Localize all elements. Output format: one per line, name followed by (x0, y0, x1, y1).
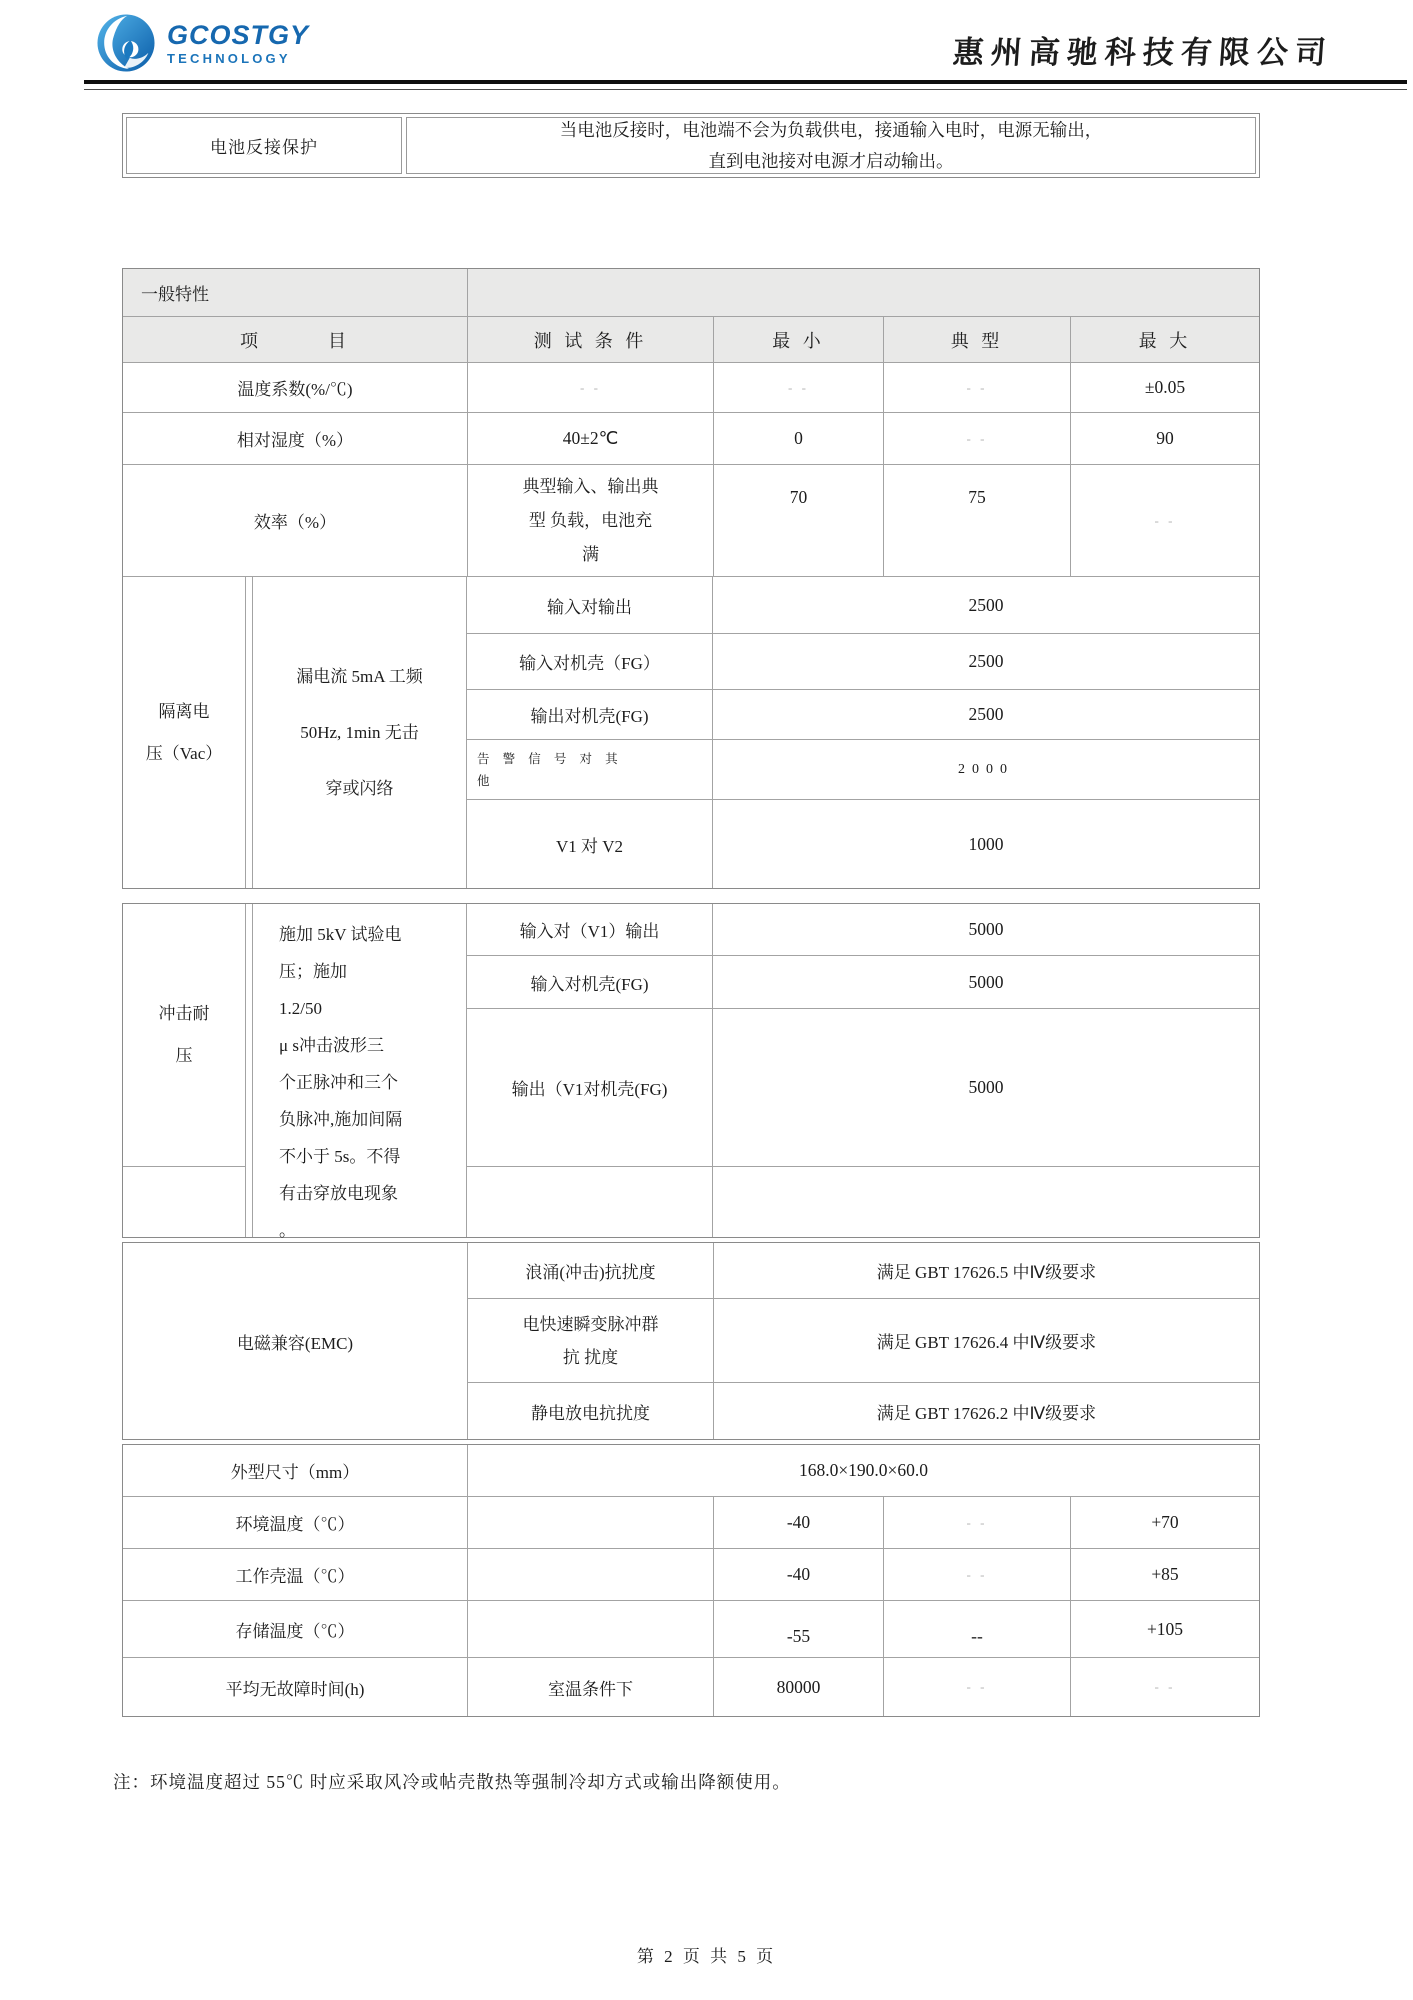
row-min: 80000 (714, 1658, 884, 1716)
row-max: +105 (1071, 1601, 1259, 1657)
row-max: 90 (1071, 413, 1259, 464)
surge-row: 输入对（V1）输出 5000 (467, 904, 1259, 956)
emc-row-value: 满足 GBT 17626.5 中Ⅳ级要求 (714, 1243, 1259, 1298)
surge-row: 输入对机壳(FG) 5000 (467, 956, 1259, 1009)
surge-label: 冲击耐 压 (123, 904, 245, 1167)
isolation-row-value: 1000 (713, 800, 1259, 888)
row-typical: 75 (884, 465, 1071, 576)
surge-condition: 施加 5kV 试验电 压；施加 1.2/50 μ s冲击波形三 个正脉冲和三个 … (252, 904, 467, 1237)
row-item: 温度系数(%/℃) (123, 363, 468, 412)
row-item: 外型尺寸（mm） (123, 1445, 468, 1496)
surge-row-value: 5000 (713, 1009, 1259, 1166)
section-title: 一般特性 (123, 269, 468, 316)
emc-row-name: 浪涌(冲击)抗扰度 (468, 1243, 714, 1298)
emc-row: 电快速瞬变脉冲群 抗 扰度 满足 GBT 17626.4 中Ⅳ级要求 (468, 1299, 1259, 1383)
surge-row-name: 输入对机壳(FG) (467, 956, 713, 1008)
row-max: +70 (1071, 1497, 1259, 1548)
row-condition: - - (468, 363, 714, 412)
emc-row-value: 满足 GBT 17626.4 中Ⅳ级要求 (714, 1299, 1259, 1382)
isolation-row-value: 2000 (713, 740, 1259, 799)
emc-label: 电磁兼容(EMC) (123, 1243, 468, 1439)
isolation-subrows: 输入对输出 2500 输入对机壳（FG） 2500 输出对机壳(FG) 2500… (467, 577, 1259, 888)
isolation-row: V1 对 V2 1000 (467, 800, 1259, 888)
row-typical: - - (884, 363, 1071, 412)
col-header-typical: 典 型 (884, 317, 1071, 362)
section-title-row: 一般特性 (123, 269, 1259, 317)
row-typical: - - (884, 1497, 1071, 1548)
surge-row-name: 输出（V1对机壳(FG) (467, 1009, 713, 1166)
row-typical: - - (884, 1549, 1071, 1600)
isolation-row-value: 2500 (713, 634, 1259, 689)
brand-subtitle: TECHNOLOGY (167, 52, 309, 65)
header-divider (84, 80, 1407, 90)
row-item: 工作壳温（℃） (123, 1549, 468, 1600)
row-min: -40 (714, 1497, 884, 1548)
table-row-dimensions: 外型尺寸（mm） 168.0×190.0×60.0 (123, 1445, 1259, 1497)
row-typical: -- (884, 1601, 1071, 1657)
emc-row: 静电放电抗扰度 满足 GBT 17626.2 中Ⅳ级要求 (468, 1383, 1259, 1439)
row-min: 70 (714, 465, 884, 576)
emc-subrows: 浪涌(冲击)抗扰度 满足 GBT 17626.5 中Ⅳ级要求 电快速瞬变脉冲群 … (468, 1243, 1259, 1439)
row-min: -40 (714, 1549, 884, 1600)
isolation-row: 输入对输出 2500 (467, 577, 1259, 634)
row-condition: 室温条件下 (468, 1658, 714, 1716)
protection-table: 电池反接保护 当电池反接时，电池端不会为负载供电，接通输入电时，电源无输出， 直… (122, 113, 1260, 178)
company-name: 惠州高驰科技有限公司 (951, 27, 1334, 74)
surge-label-empty-cell (123, 1167, 245, 1237)
table-row-case-temp: 工作壳温（℃） -40 - - +85 (123, 1549, 1259, 1601)
row-item: 平均无故障时间(h) (123, 1658, 468, 1716)
row-typical: - - (884, 1658, 1071, 1716)
page-number: 第 2 页 共 5 页 (0, 1942, 1413, 1967)
row-item: 环境温度（℃） (123, 1497, 468, 1548)
protection-description: 当电池反接时，电池端不会为负载供电，接通输入电时，电源无输出， 直到电池接对电源… (406, 117, 1256, 174)
surge-row-value: 5000 (713, 956, 1259, 1008)
column-header-row: 项 目 测 试 条 件 最 小 典 型 最 大 (123, 317, 1259, 363)
emc-row-value: 满足 GBT 17626.2 中Ⅳ级要求 (714, 1383, 1259, 1439)
isolation-row-value: 2500 (713, 690, 1259, 739)
col-header-min: 最 小 (714, 317, 884, 362)
emc-row-name: 静电放电抗扰度 (468, 1383, 714, 1439)
brand-name: GCOSTGY (167, 22, 309, 49)
page-header: GCOSTGY TECHNOLOGY 惠州高驰科技有限公司 (0, 0, 1413, 74)
table-row-ambient-temp: 环境温度（℃） -40 - - +70 (123, 1497, 1259, 1549)
surge-continuation-name-cell (467, 1167, 713, 1237)
col-header-condition: 测 试 条 件 (468, 317, 714, 362)
row-min: -55 (714, 1601, 884, 1657)
row-max: - - (1071, 1658, 1259, 1716)
spec-table-bottom: 外型尺寸（mm） 168.0×190.0×60.0 环境温度（℃） -40 - … (122, 1444, 1260, 1717)
isolation-row-alarm: 告 警 信 号 对 其 他 2000 (467, 740, 1259, 800)
col-header-max: 最 大 (1071, 317, 1259, 362)
row-condition (468, 1549, 714, 1600)
isolation-row-name: 输出对机壳(FG) (467, 690, 713, 739)
surge-row-name: 输入对（V1）输出 (467, 904, 713, 955)
document-page: GCOSTGY TECHNOLOGY 惠州高驰科技有限公司 电池反接保护 当电池… (0, 0, 1413, 2000)
row-typical: - - (884, 413, 1071, 464)
isolation-row-name: V1 对 V2 (467, 800, 713, 888)
surge-section: 冲击耐 压 施加 5kV 试验电 压；施加 1.2/50 μ s冲击波形三 个正… (123, 904, 1259, 1237)
row-min: - - (714, 363, 884, 412)
spec-table-general: 一般特性 项 目 测 试 条 件 最 小 典 型 最 大 温度系数(%/℃) -… (122, 268, 1260, 889)
surge-subrows: 输入对（V1）输出 5000 输入对机壳(FG) 5000 输出（V1对机壳(F… (467, 904, 1259, 1237)
row-item: 相对湿度（%） (123, 413, 468, 464)
row-condition (468, 1601, 714, 1657)
spec-table-surge: 冲击耐 压 施加 5kV 试验电 压；施加 1.2/50 μ s冲击波形三 个正… (122, 903, 1260, 1238)
footnote: 注：环境温度超过 55℃ 时应采取风冷或帖壳散热等强制冷却方式或输出降额使用。 (113, 1769, 1413, 1794)
isolation-row-name: 输入对机壳（FG） (467, 634, 713, 689)
col-header-item: 项 目 (123, 317, 468, 362)
brand-text-block: GCOSTGY TECHNOLOGY (167, 22, 309, 65)
row-max: ±0.05 (1071, 363, 1259, 412)
table-row-storage-temp: 存储温度（℃） -55 -- +105 (123, 1601, 1259, 1658)
row-min: 0 (714, 413, 884, 464)
isolation-row-value: 2500 (713, 577, 1259, 633)
company-logo: GCOSTGY TECHNOLOGY (95, 12, 309, 74)
protection-label: 电池反接保护 (126, 117, 402, 174)
logo-swirl-icon (95, 12, 157, 74)
table-row-efficiency: 效率（%） 典型输入、输出典 型 负载，电池充 满 70 75 - - (123, 465, 1259, 577)
row-item: 存储温度（℃） (123, 1601, 468, 1657)
isolation-condition: 漏电流 5mA 工频 50Hz, 1min 无击 穿或闪络 (252, 577, 467, 888)
row-max: - - (1071, 465, 1259, 576)
isolation-row-name: 告 警 信 号 对 其 他 (467, 740, 713, 799)
spec-table-emc: 电磁兼容(EMC) 浪涌(冲击)抗扰度 满足 GBT 17626.5 中Ⅳ级要求… (122, 1242, 1260, 1440)
isolation-row: 输入对机壳（FG） 2500 (467, 634, 1259, 690)
surge-label-column: 冲击耐 压 (123, 904, 246, 1237)
emc-row-name: 电快速瞬变脉冲群 抗 扰度 (468, 1299, 714, 1382)
surge-continuation-value-cell (713, 1167, 1259, 1237)
table-row-mtbf: 平均无故障时间(h) 室温条件下 80000 - - - - (123, 1658, 1259, 1716)
row-condition: 典型输入、输出典 型 负载，电池充 满 (468, 465, 714, 576)
emc-row: 浪涌(冲击)抗扰度 满足 GBT 17626.5 中Ⅳ级要求 (468, 1243, 1259, 1299)
table-row-humidity: 相对湿度（%） 40±2℃ 0 - - 90 (123, 413, 1259, 465)
surge-row-value: 5000 (713, 904, 1259, 955)
isolation-row-name: 输入对输出 (467, 577, 713, 633)
row-item: 效率（%） (123, 465, 468, 576)
surge-continuation-row (467, 1167, 1259, 1237)
surge-row: 输出（V1对机壳(FG) 5000 (467, 1009, 1259, 1167)
row-value: 168.0×190.0×60.0 (468, 1445, 1259, 1496)
row-condition (468, 1497, 714, 1548)
isolation-section: 隔离电 压（Vac） 漏电流 5mA 工频 50Hz, 1min 无击 穿或闪络… (123, 577, 1259, 888)
emc-section: 电磁兼容(EMC) 浪涌(冲击)抗扰度 满足 GBT 17626.5 中Ⅳ级要求… (123, 1243, 1259, 1439)
isolation-label: 隔离电 压（Vac） (123, 577, 246, 888)
row-max: +85 (1071, 1549, 1259, 1600)
row-condition: 40±2℃ (468, 413, 714, 464)
section-title-filler (468, 269, 1259, 316)
table-row-temp-coefficient: 温度系数(%/℃) - - - - - - ±0.05 (123, 363, 1259, 413)
isolation-row: 输出对机壳(FG) 2500 (467, 690, 1259, 740)
